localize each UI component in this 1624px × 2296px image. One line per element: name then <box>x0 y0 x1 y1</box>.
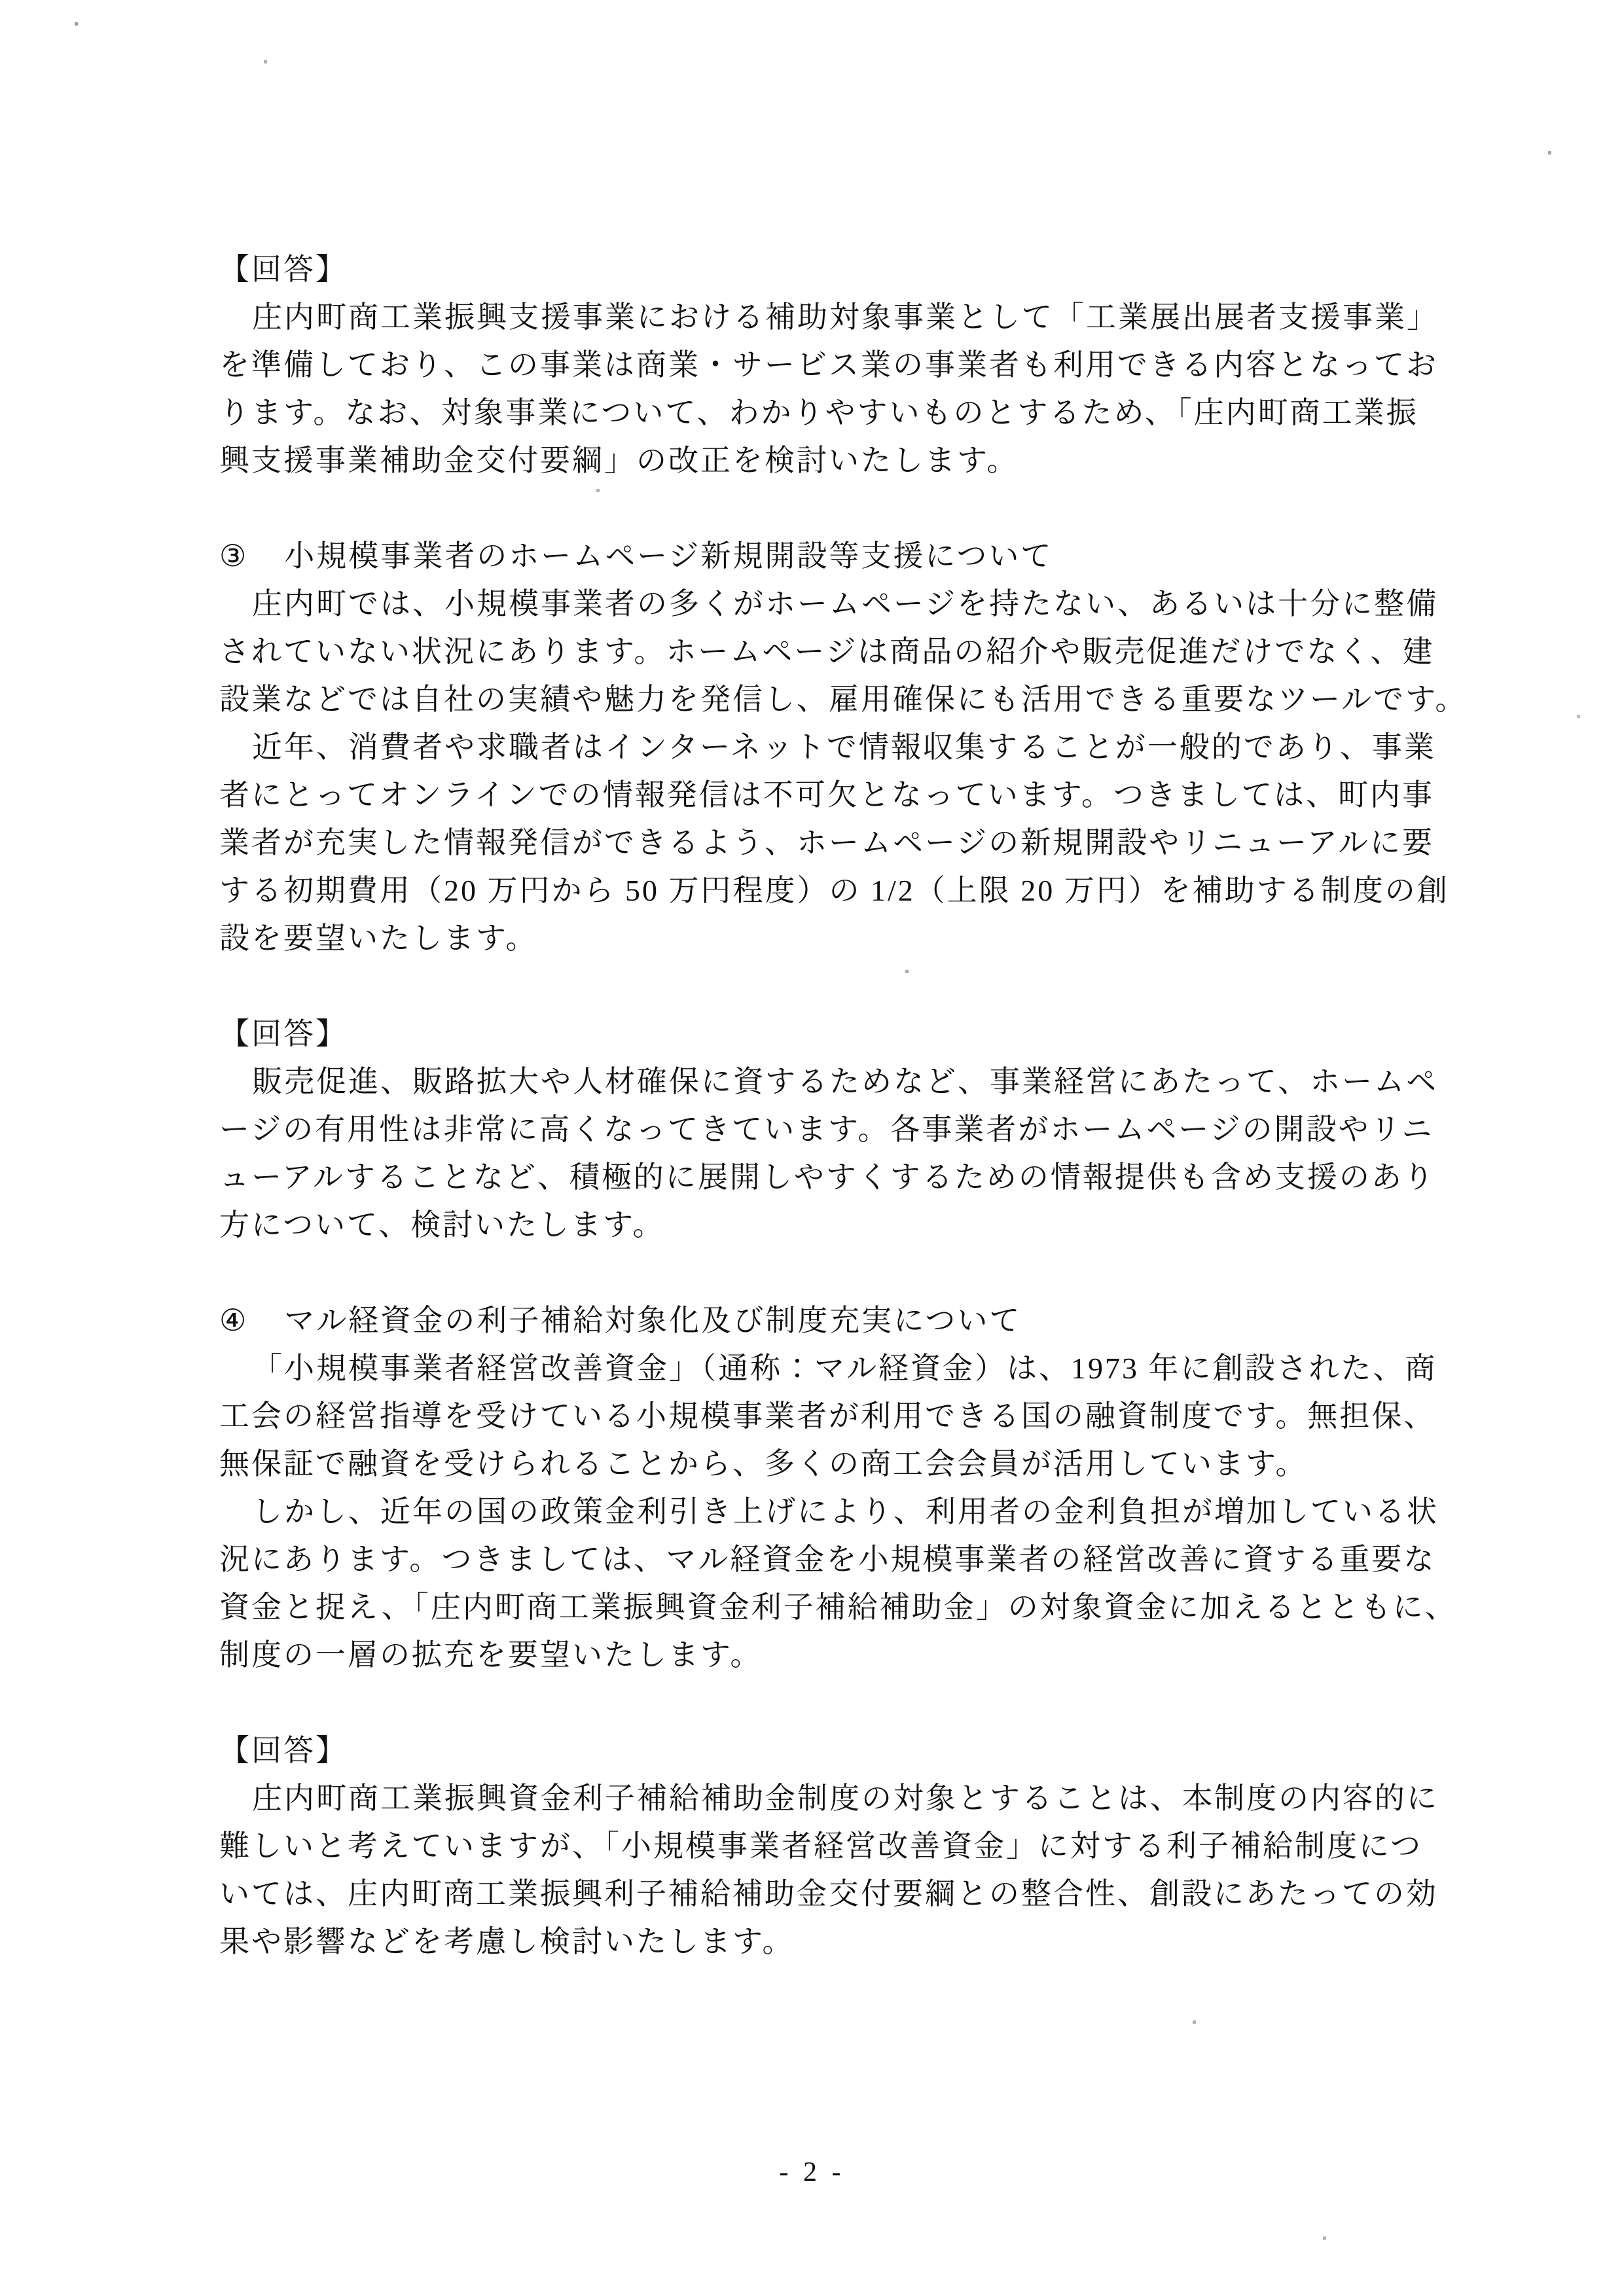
text-line: ります。なお、対象事業について、わかりやすいものとするため、「庄内町商工業振 <box>219 389 1450 437</box>
text-line: 況にあります。つきましては、マル経資金を小規模事業者の経営改善に資する重要な <box>219 1535 1450 1583</box>
text-line: 無保証で融資を受けられることから、多くの商工会会員が活用しています。 <box>219 1440 1450 1488</box>
text-line: ューアルすることなど、積極的に展開しやすくするための情報提供も含め支援のあり <box>219 1153 1450 1201</box>
text-line: 業者が充実した情報発信ができるよう、ホームページの新規開設やリニューアルに要 <box>219 819 1450 867</box>
item-number: ③ <box>219 539 248 573</box>
text-line: 近年、消費者や求職者はインターネットで情報収集することが一般的であり、事業 <box>219 723 1450 771</box>
text-line: 興支援事業補助金交付要綱」の改正を検討いたします。 <box>219 437 1450 484</box>
item-heading: ④マル経資金の利子補給対象化及び制度充実について <box>219 1297 1450 1344</box>
section-answer-3: 【回答】販売促進、販路拡大や人材確保に資するためなど、事業経営にあたって、ホーム… <box>219 1010 1450 1249</box>
text-line: されていない状況にあります。ホームページは商品の紹介や販売促進だけでなく、建 <box>219 628 1450 675</box>
document-page: 【回答】庄内町商工業振興支援事業における補助対象事業として「工業展出展者支援事業… <box>0 0 1624 2296</box>
text-line: する初期費用（20 万円から 50 万円程度）の 1/2（上限 20 万円）を補… <box>219 867 1450 914</box>
item-number: ④ <box>219 1304 248 1337</box>
text-line: しかし、近年の国の政策金利引き上げにより、利用者の金利負担が増加している状 <box>219 1488 1450 1535</box>
text-line: 「小規模事業者経営改善資金」（通称：マル経資金）は、1973 年に創設された、商 <box>219 1344 1450 1392</box>
answer-heading: 【回答】 <box>219 1727 1450 1774</box>
text-line: 庄内町商工業振興支援事業における補助対象事業として「工業展出展者支援事業」 <box>219 293 1450 341</box>
text-line: 者にとってオンラインでの情報発信は不可欠となっています。つきましては、町内事 <box>219 771 1450 819</box>
document-content: 【回答】庄内町商工業振興支援事業における補助対象事業として「工業展出展者支援事業… <box>219 245 1450 1965</box>
item-heading: ③小規模事業者のホームページ新規開設等支援について <box>219 532 1450 580</box>
text-line: を準備しており、この事業は商業・サービス業の事業者も利用できる内容となってお <box>219 341 1450 389</box>
text-line: 制度の一層の拡充を要望いたします。 <box>219 1631 1450 1679</box>
item-title: 小規模事業者のホームページ新規開設等支援について <box>284 539 1053 573</box>
text-line: 庄内町では、小規模事業者の多くがホームページを持たない、あるいは十分に整備 <box>219 580 1450 628</box>
section-request-2: ③小規模事業者のホームページ新規開設等支援について庄内町では、小規模事業者の多く… <box>219 532 1450 962</box>
text-line: いては、庄内町商工業振興利子補給補助金交付要綱との整合性、創設にあたっての効 <box>219 1870 1450 1918</box>
section-answer-1: 【回答】庄内町商工業振興支援事業における補助対象事業として「工業展出展者支援事業… <box>219 245 1450 484</box>
item-title: マル経資金の利子補給対象化及び制度充実について <box>284 1304 1021 1337</box>
section-request-4: ④マル経資金の利子補給対象化及び制度充実について「小規模事業者経営改善資金」（通… <box>219 1297 1450 1679</box>
text-line: 販売促進、販路拡大や人材確保に資するためなど、事業経営にあたって、ホームペ <box>219 1058 1450 1105</box>
text-line: 工会の経営指導を受けている小規模事業者が利用できる国の融資制度です。無担保、 <box>219 1392 1450 1440</box>
page-number: - 2 - <box>0 2149 1624 2197</box>
text-line: ージの有用性は非常に高くなってきています。各事業者がホームページの開設やリニ <box>219 1105 1450 1153</box>
text-line: 設業などでは自社の実績や魅力を発信し、雇用確保にも活用できる重要なツールです。 <box>219 675 1450 723</box>
text-line: 資金と捉え、「庄内町商工業振興資金利子補給補助金」の対象資金に加えるとともに、 <box>219 1583 1450 1631</box>
scan-noise <box>0 0 2 2</box>
text-line: 庄内町商工業振興資金利子補給補助金制度の対象とすることは、本制度の内容的に <box>219 1774 1450 1822</box>
text-line: 方について、検討いたします。 <box>219 1201 1450 1249</box>
section-answer-5: 【回答】庄内町商工業振興資金利子補給補助金制度の対象とすることは、本制度の内容的… <box>219 1727 1450 1965</box>
text-line: 果や影響などを考慮し検討いたします。 <box>219 1918 1450 1965</box>
answer-heading: 【回答】 <box>219 1010 1450 1058</box>
text-line: 難しいと考えていますが、「小規模事業者経営改善資金」に対する利子補給制度につ <box>219 1822 1450 1870</box>
text-line: 設を要望いたします。 <box>219 914 1450 962</box>
answer-heading: 【回答】 <box>219 245 1450 293</box>
